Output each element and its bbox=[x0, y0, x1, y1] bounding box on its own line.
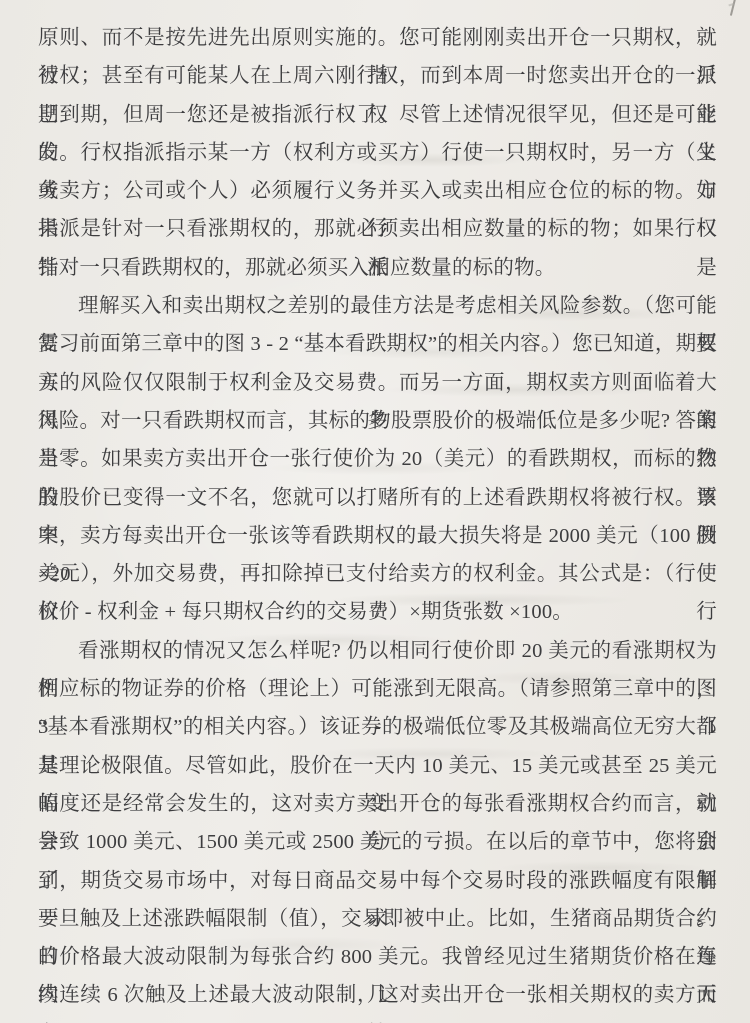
text-line: 或卖方；公司或个人）必须履行义务并买入或卖出相应仓位的标的物。如果行权 bbox=[38, 172, 717, 210]
text-line: 一旦触及上述涨跌幅限制（值），交易即被中止。比如，生猪商品期货合约的每 bbox=[38, 900, 717, 938]
text-line: 行权；甚至有可能某人在上周六刚行权，而到本周一时您卖出开仓的一只期权业 bbox=[38, 57, 717, 95]
text-line: 美元），外加交易费，再扣除掉已支付给卖方的权利金。其公式是：（行使价/行 bbox=[38, 555, 717, 593]
text-line: 到，期货交易市场中，对每日商品交易中每个交易时段的涨跌幅度有限制要求。 bbox=[38, 862, 717, 900]
text-line: 幅度还是经常会发生的，这对卖方卖出开仓的每张看涨期权合约而言，就会分别 bbox=[38, 785, 717, 823]
text-line: 已到期，但周一您还是被指派行权了。尽管上述情况很罕见，但还是可能发生 bbox=[38, 96, 717, 134]
text-line: “基本看涨期权”的相关内容。）该证券的极端低位零及其极端高位无穷大都是 bbox=[38, 708, 717, 746]
text-line: 复习前面第三章中的图 3 - 2 “基本看跌期权”的相关内容。）您已知道，期权买 bbox=[38, 325, 717, 363]
text-line: 中，卖方每卖出开仓一张该等看跌期权的最大损失将是 2000 美元（100 股 ×… bbox=[38, 517, 717, 555]
pen-stroke-artifact bbox=[730, 0, 736, 16]
text-line: 风险。对一只看跌期权而言，其标的物股票股价的极端低位是多少呢? 答案当然 bbox=[38, 402, 717, 440]
text-line: 看涨期权的情况又怎么样呢? 仍以相同行使价即 20 美元的看涨期权为例， bbox=[38, 632, 717, 670]
scanned-book-page: 原则、而不是按先进先出原则实施的。您可能刚刚卖出开仓一只期权，就被指派 行权；甚… bbox=[0, 0, 750, 1023]
text-line: 方的风险仅仅限制于权利金及交易费。而另一方面，期权卖方则面临着大得多的 bbox=[38, 364, 717, 402]
text-line: 指派是针对一只看涨期权的，那就必须卖出相应数量的标的物；如果行权指派是 bbox=[38, 210, 717, 248]
text-line: 的。行权指派指示某一方（权利方或买方）行使一只期权时，另一方（义务方 bbox=[38, 134, 717, 172]
text-line: 导致 1000 美元、1500 美元或 2500 美元的亏损。在以后的章节中，您… bbox=[38, 823, 717, 861]
text-line: 内连续 6 次触及上述最大波动限制，这对卖出开仓一张相关期权的卖方而言就是 bbox=[38, 976, 717, 1014]
text-line: 相应标的物证券的价格（理论上）可能涨到无限高。（请参照第三章中的图 3 - 1 bbox=[38, 670, 717, 708]
body-text-block: 原则、而不是按先进先出原则实施的。您可能刚刚卖出开仓一只期权，就被指派 行权；甚… bbox=[38, 19, 717, 1015]
text-line: 的股价已变得一文不名，您就可以打赌所有的上述看跌期权将被行权。该案例 bbox=[38, 479, 717, 517]
text-line: 理解买入和卖出期权之差别的最佳方法是考虑相关风险参数。（您可能需要 bbox=[38, 287, 717, 325]
text-line: 是零。如果卖方卖出开仓一张行使价为 20（美元）的看跌期权，而标的物股票 bbox=[38, 440, 717, 478]
text-line: 原则、而不是按先进先出原则实施的。您可能刚刚卖出开仓一只期权，就被指派 bbox=[38, 19, 717, 57]
text-line: 其理论极限值。尽管如此，股价在一天内 10 美元、15 美元或甚至 25 美元的… bbox=[38, 747, 717, 785]
text-line: 日价格最大波动限制为每张合约 800 美元。我曾经见过生猪期货价格在连续几天 bbox=[38, 938, 717, 976]
